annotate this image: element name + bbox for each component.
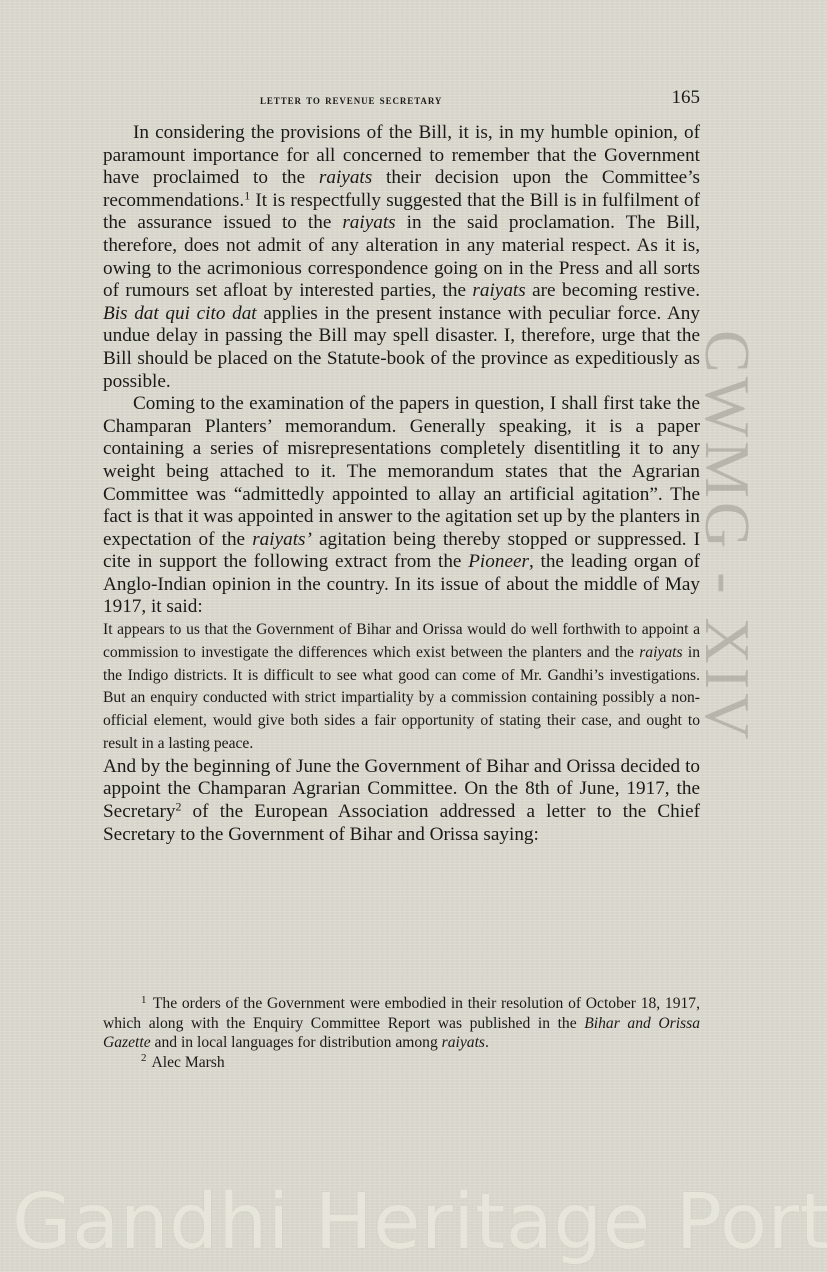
paragraph-1: In considering the provisions of the Bil… [103,122,700,393]
side-watermark: CWMG - XIV [697,330,757,950]
running-title: LETTER TO REVENUE SECRETARY [260,92,442,108]
italic-term: raiyats’ [252,529,312,550]
italic-term: raiyats [639,644,682,661]
footnote-2: 2 Alec Marsh [103,1053,700,1073]
footnote-marker: 2 [141,1052,146,1064]
italic-term: raiyats [442,1034,485,1051]
footnote-marker: 1 [141,994,146,1006]
bottom-watermark: Gandhi Heritage Portal [12,1178,822,1267]
paragraph-3: And by the beginning of June the Governm… [103,756,700,846]
italic-term: raiyats [472,280,525,301]
paragraph-2: Coming to the examination of the papers … [103,393,700,619]
page-number: 165 [672,87,701,109]
body-text: In considering the provisions of the Bil… [103,122,700,846]
italic-term: raiyats [342,212,395,233]
footnotes: 1 The orders of the Government were embo… [103,994,700,1072]
running-head: LETTER TO REVENUE SECRETARY 165 [103,89,700,111]
latin-phrase: Bis dat qui cito dat [103,303,257,324]
publication-title: Pioneer [468,551,529,572]
footnote-1: 1 The orders of the Government were embo… [103,994,700,1053]
italic-term: raiyats [319,167,372,188]
block-quote: It appears to us that the Government of … [103,619,700,756]
